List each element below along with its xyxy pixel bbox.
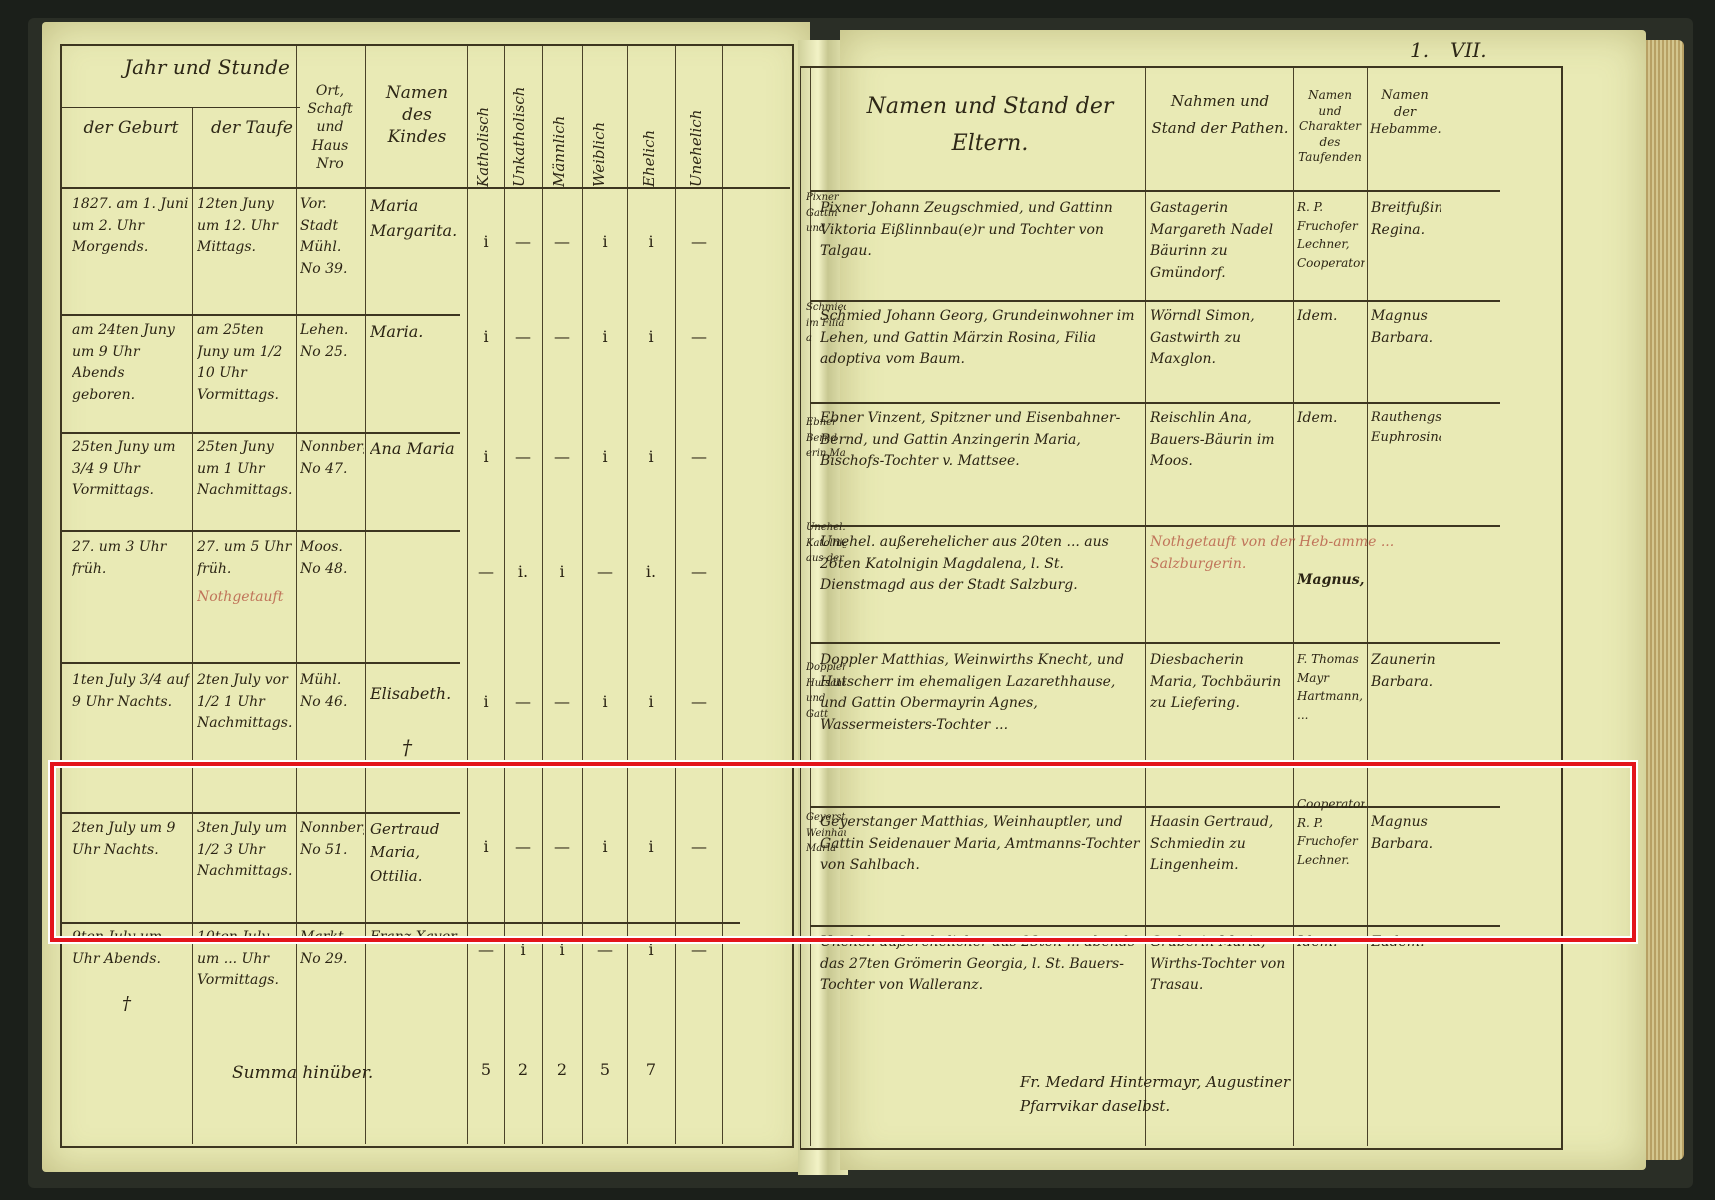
mark-maennlich: — (547, 327, 577, 346)
mark-unkatholisch: — (508, 327, 538, 346)
column-divider (504, 46, 505, 1144)
cell-pathen: Reischlin Ana, Bauers-Bäurin im Moos. (1150, 408, 1290, 520)
right-page: 1. VII. Namen und Stand der Eltern. Nahm… (840, 30, 1646, 1170)
cell-taufender: F. Thomas Mayr Hartmann, ... (1297, 650, 1365, 800)
signature-line: Pfarrvikar daselbst. (1020, 1094, 1440, 1118)
total-unkatholisch: 2 (508, 1060, 538, 1079)
row-divider (810, 402, 1500, 404)
cell-geburt: 25ten Juny um 3/4 9 Uhr Vormittags. (72, 437, 190, 527)
column-divider (365, 46, 366, 1144)
margin-name-strip: Pixner Gattin und Schmieder im Filia a E… (806, 190, 846, 950)
cell-taufe: 12ten Juny um 12. Uhr Mittags. (197, 194, 295, 309)
cell-ort: Nonnberg. No 51. (300, 818, 364, 918)
row-divider (810, 525, 1500, 527)
total-ehelich: 7 (636, 1060, 666, 1079)
cell-taufender: R. P. Fruchofer Lechner, Cooperator. (1297, 198, 1365, 298)
header-katholisch: Katholisch (474, 92, 492, 187)
row-divider (810, 190, 1500, 192)
column-divider (722, 46, 723, 1144)
column-divider (296, 46, 297, 1144)
row-divider (810, 642, 1500, 644)
signature: Fr. Medard Hintermayr, Augustiner Pfarrv… (1020, 1070, 1440, 1118)
row-divider (810, 300, 1500, 302)
header-eltern: Namen und Stand der Eltern. (840, 88, 1140, 163)
mark-weiblich: — (590, 940, 620, 959)
header-ehelich: Ehelich (640, 92, 658, 187)
header-der-geburt: der Geburt (72, 117, 190, 139)
mark-unkatholisch: — (508, 692, 538, 711)
mark-maennlich: i (547, 562, 577, 581)
cell-hebamme: Eadem. (1371, 932, 1441, 1042)
cell-taufender: Cooperator. R. P. Fruchofer Lechner. (1297, 795, 1365, 920)
column-divider (582, 46, 583, 1144)
deceased-cross-icon: † (402, 732, 432, 762)
row-divider (60, 662, 460, 664)
row-divider (60, 812, 460, 814)
cell-eltern: Schmied Johann Georg, Grundeinwohner im … (820, 306, 1142, 398)
mark-ehelich: i (636, 447, 666, 466)
margin-name: Unehel. Katolnig aus der (806, 520, 846, 567)
page-folio: VII. (1450, 38, 1487, 62)
mark-weiblich: i (590, 837, 620, 856)
total-maennlich: 2 (547, 1060, 577, 1079)
row-divider (60, 432, 460, 434)
cell-eltern: Pixner Johann Zeugschmied, und Gattinn V… (820, 198, 1142, 298)
mark-unehelich: — (684, 447, 714, 466)
cell-geburt: 1ten July 3/4 auf 9 Uhr Nachts. (72, 670, 190, 805)
cell-pathen: Haasin Gertraud, Schmiedin zu Lingenheim… (1150, 812, 1290, 920)
mark-unkatholisch: — (508, 232, 538, 251)
header-taufender: Namen und Charakter des Taufenden (1295, 88, 1365, 166)
cell-taufe-note: Nothgetauft (197, 587, 295, 617)
cell-kind-name: Elisabeth. (370, 682, 465, 722)
cell-taufender: Idem. (1297, 408, 1365, 520)
column-divider (627, 46, 628, 1144)
margin-name: Doppler Hutschn und Gatt (806, 660, 846, 722)
cell-ort: Mühl. No 46. (300, 670, 364, 805)
mark-unehelich: — (684, 327, 714, 346)
mark-katholisch: — (471, 562, 501, 581)
page-number: 1. (1410, 38, 1429, 62)
cell-pathen: Diesbacherin Maria, Tochbäurin zu Liefer… (1150, 650, 1290, 800)
cell-kind-name: Maria Margarita. (370, 194, 465, 309)
cell-ort: Vor. Stadt Mühl. No 39. (300, 194, 364, 309)
mark-katholisch: i (471, 692, 501, 711)
mark-maennlich: — (547, 692, 577, 711)
cell-kind-name (370, 537, 465, 657)
cell-hebamme: Rauthengschwantner Euphrosina. (1371, 408, 1441, 520)
column-divider (542, 46, 543, 1144)
header-namen-des-kindes: Namen des Kindes (372, 82, 462, 148)
cell-eltern: Geyerstanger Matthias, Weinhauptler, und… (820, 812, 1142, 920)
mark-weiblich: — (590, 562, 620, 581)
header-unkatholisch: Unkatholisch (510, 92, 528, 187)
cell-pathen: Wörndl Simon, Gastwirth zu Maxglon. (1150, 306, 1290, 398)
cell-ort: Nonnberg No 47. (300, 437, 364, 527)
mark-ehelich: i (636, 692, 666, 711)
cell-geburt: 9ten July um ... Uhr Abends. (72, 927, 190, 987)
column-divider (192, 107, 193, 1144)
cell-taufe: 10ten July um ... Uhr Vormittags. (197, 927, 295, 1007)
mark-unehelich: — (684, 692, 714, 711)
margin-name: Ebner Bernd erin Ma (806, 415, 846, 462)
cell-pathen-red-note: Nothgetauft von der Heb-amme ... Salzbur… (1150, 532, 1440, 638)
row-divider (60, 530, 460, 532)
total-weiblich: 5 (590, 1060, 620, 1079)
mark-maennlich: — (547, 232, 577, 251)
cell-ort: Moos. No 48. (300, 537, 364, 657)
row-divider (60, 187, 790, 189)
header-pathen: Nahmen und Stand der Pathen. (1150, 88, 1290, 142)
mark-katholisch: i (471, 327, 501, 346)
cell-eltern: Doppler Matthias, Weinwirths Knecht, und… (820, 650, 1142, 800)
cell-pathen: Gruberin Maria, Wirths-Tochter von Trasa… (1150, 932, 1290, 1042)
header-maennlich: Männlich (550, 92, 568, 187)
mark-unkatholisch: — (508, 837, 538, 856)
mark-unehelich: — (684, 837, 714, 856)
cell-taufe: 3ten July um 1/2 3 Uhr Nachmittags. (197, 818, 295, 918)
cell-geburt: 2ten July um 9 Uhr Nachts. (72, 818, 190, 918)
column-divider (467, 46, 468, 1144)
deceased-cross-icon: † (122, 990, 152, 1016)
row-divider (810, 925, 1500, 927)
cell-taufe: 25ten Juny um 1 Uhr Nachmittags. (197, 437, 295, 527)
header-unehelich: Unehelich (687, 92, 705, 187)
row-divider (60, 922, 740, 924)
total-katholisch: 5 (471, 1060, 501, 1079)
mark-katholisch: i (471, 232, 501, 251)
header-weiblich: Weiblich (590, 92, 608, 187)
cell-hebamme: Breitfußin Regina. (1371, 198, 1441, 298)
mark-unkatholisch: i. (508, 562, 538, 581)
mark-katholisch: i (471, 447, 501, 466)
cell-kind-name: Gertraud Maria, Ottilia. (370, 818, 465, 918)
mark-maennlich: — (547, 447, 577, 466)
left-page: Jahr und Stunde der Geburt der Taufe Ort… (42, 22, 810, 1172)
column-divider (1145, 68, 1146, 1146)
cell-ort: Markt. No 29. (300, 927, 364, 1007)
mark-maennlich: i (547, 940, 577, 959)
cell-eltern: Unehel. außerehelicher aus 23ten ... abe… (820, 932, 1142, 1042)
cell-eltern: Unehel. außerehelicher aus 20ten ... aus… (820, 532, 1142, 638)
mark-weiblich: i (590, 327, 620, 346)
mark-ehelich: i (636, 327, 666, 346)
signature-line: Fr. Medard Hintermayr, Augustiner (1020, 1070, 1440, 1094)
cell-kind-name: Maria. (370, 320, 465, 428)
cell-taufe: 2ten July vor 1/2 1 Uhr Nachmittags. (197, 670, 295, 805)
header-ort-haus: Ort, Schaft und Haus Nro (297, 82, 363, 173)
cell-geburt: 1827. am 1. Juni um 2. Uhr Morgends. (72, 194, 190, 309)
mark-weiblich: i (590, 447, 620, 466)
mark-unehelich: — (684, 940, 714, 959)
cell-eltern: Ebner Vinzent, Spitzner und Eisenbahner-… (820, 408, 1142, 520)
margin-name: Schmieder im Filia a (806, 300, 846, 347)
header-jahr-und-stunde: Jahr und Stunde (72, 54, 342, 80)
margin-name: Pixner Gattin und (806, 190, 846, 237)
cell-kind-name: Franz Xaver (370, 927, 465, 1007)
mark-ehelich: i (636, 837, 666, 856)
mark-weiblich: i (590, 692, 620, 711)
mark-ehelich: i. (636, 562, 666, 581)
mark-unkatholisch: — (508, 447, 538, 466)
mark-ehelich: i (636, 940, 666, 959)
mark-unehelich: — (684, 562, 714, 581)
row-divider (60, 314, 460, 316)
cell-kind-name: Ana Maria (370, 437, 465, 527)
header-der-taufe: der Taufe (192, 117, 312, 139)
row-divider (810, 806, 1500, 808)
cell-hebamme: Magnus Barbara. (1371, 306, 1441, 398)
mark-unehelich: — (684, 232, 714, 251)
mark-katholisch: — (471, 940, 501, 959)
header-divider (60, 107, 300, 108)
margin-name: Geyerstanger Weinhaupl Maria (806, 810, 846, 857)
mark-maennlich: — (547, 837, 577, 856)
header-hebamme: Namen der Hebamme. (1370, 88, 1440, 139)
cell-taufe: am 25ten Juny um 1/2 10 Uhr Vormittags. (197, 320, 295, 428)
cell-taufender: Magnus, (1297, 570, 1365, 600)
totals-label: Summa hinüber. (232, 1060, 432, 1090)
mark-katholisch: i (471, 837, 501, 856)
cell-ort: Lehen. No 25. (300, 320, 364, 428)
mark-unkatholisch: i (508, 940, 538, 959)
mark-ehelich: i (636, 232, 666, 251)
column-divider (675, 46, 676, 1144)
cell-taufender: Idem. (1297, 932, 1365, 1042)
cell-taufe: 27. um 5 Uhr früh. (197, 537, 295, 582)
cell-hebamme: Magnus Barbara. (1371, 812, 1441, 920)
cell-taufender: Idem. (1297, 306, 1365, 398)
mark-weiblich: i (590, 232, 620, 251)
cell-pathen: Gastagerin Margareth Nadel Bäurinn zu Gm… (1150, 198, 1290, 298)
cell-geburt: am 24ten Juny um 9 Uhr Abends geboren. (72, 320, 190, 428)
cell-geburt: 27. um 3 Uhr früh. (72, 537, 190, 657)
cell-hebamme: Zaunerin Barbara. (1371, 650, 1441, 800)
